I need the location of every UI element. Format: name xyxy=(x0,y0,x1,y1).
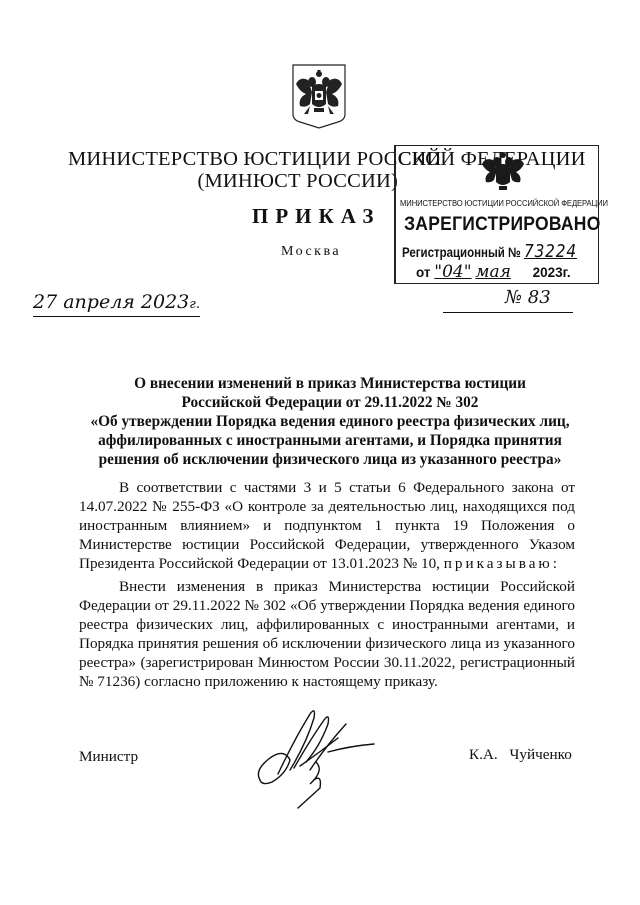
document-date-value: 27 апреля 2023 xyxy=(33,291,189,313)
order-title-line: «Об утверждении Порядка ведения единого … xyxy=(60,412,600,431)
document-number: № 83 xyxy=(505,287,551,308)
stamp-eagle-icon xyxy=(481,148,525,196)
stamp-status: ЗАРЕГИСТРИРОВАНО xyxy=(404,214,590,236)
order-paragraph: Внести изменения в приказ Министерства ю… xyxy=(79,577,575,691)
stamp-date-year-suffix: г. xyxy=(563,265,571,280)
stamp-date-day: "04" xyxy=(434,262,471,282)
preamble-paragraph: В соответствии с частями 3 и 5 статьи 6 … xyxy=(79,478,575,573)
stamp-registration-number: Регистрационный № 73224 xyxy=(402,241,577,262)
stamp-reg-number-value: 73224 xyxy=(524,241,577,262)
order-title-line: О внесении изменений в приказ Министерст… xyxy=(60,374,600,393)
stamp-date-prefix: от xyxy=(416,265,431,280)
stamp-date-year: 2023 xyxy=(533,265,563,280)
ministry-name-line1: МИНИСТЕРСТВО ЮСТИЦИИ РОССИЙ xyxy=(68,148,441,170)
stamp-date: от "04" мая 2023г. xyxy=(416,262,571,282)
stamp-date-month: мая xyxy=(475,262,529,282)
order-title-line: Российской Федерации от 29.11.2022 № 302 xyxy=(60,393,600,412)
signer-position: Министр xyxy=(79,748,138,766)
order-text: Внести изменения в приказ Министерства ю… xyxy=(79,578,575,690)
document-type-title: ПРИКАЗ xyxy=(252,204,380,229)
stamp-reg-label: Регистрационный № xyxy=(402,245,521,260)
order-title: О внесении изменений в приказ Министерст… xyxy=(60,374,600,469)
registration-stamp: МИНИСТЕРСТВО ЮСТИЦИИ РОССИЙСКОЙ ФЕДЕРАЦИ… xyxy=(394,145,599,284)
signer-name: К.А. Чуйченко xyxy=(469,746,572,764)
document-date-suffix: г. xyxy=(189,297,200,312)
preamble-order-word: приказываю: xyxy=(444,555,560,572)
document-city: Москва xyxy=(281,244,341,260)
order-title-line: аффилированных с иностранными агентами, … xyxy=(60,431,600,450)
ministry-name-line2: (МИНЮСТ РОССИИ) xyxy=(68,170,398,192)
document-date: 27 апреля 2023г. xyxy=(33,291,200,317)
stamp-ministry-name: МИНИСТЕРСТВО ЮСТИЦИИ РОССИЙСКОЙ ФЕДЕРАЦИ… xyxy=(400,198,608,208)
coat-of-arms-emblem xyxy=(290,62,348,130)
handwritten-signature xyxy=(250,700,380,810)
order-title-line: решения об исключении физического лица и… xyxy=(60,450,600,469)
ministry-header: МИНИСТЕРСТВО ЮСТИЦИИ РОССИЙ (МИНЮСТ РОСС… xyxy=(68,148,398,192)
